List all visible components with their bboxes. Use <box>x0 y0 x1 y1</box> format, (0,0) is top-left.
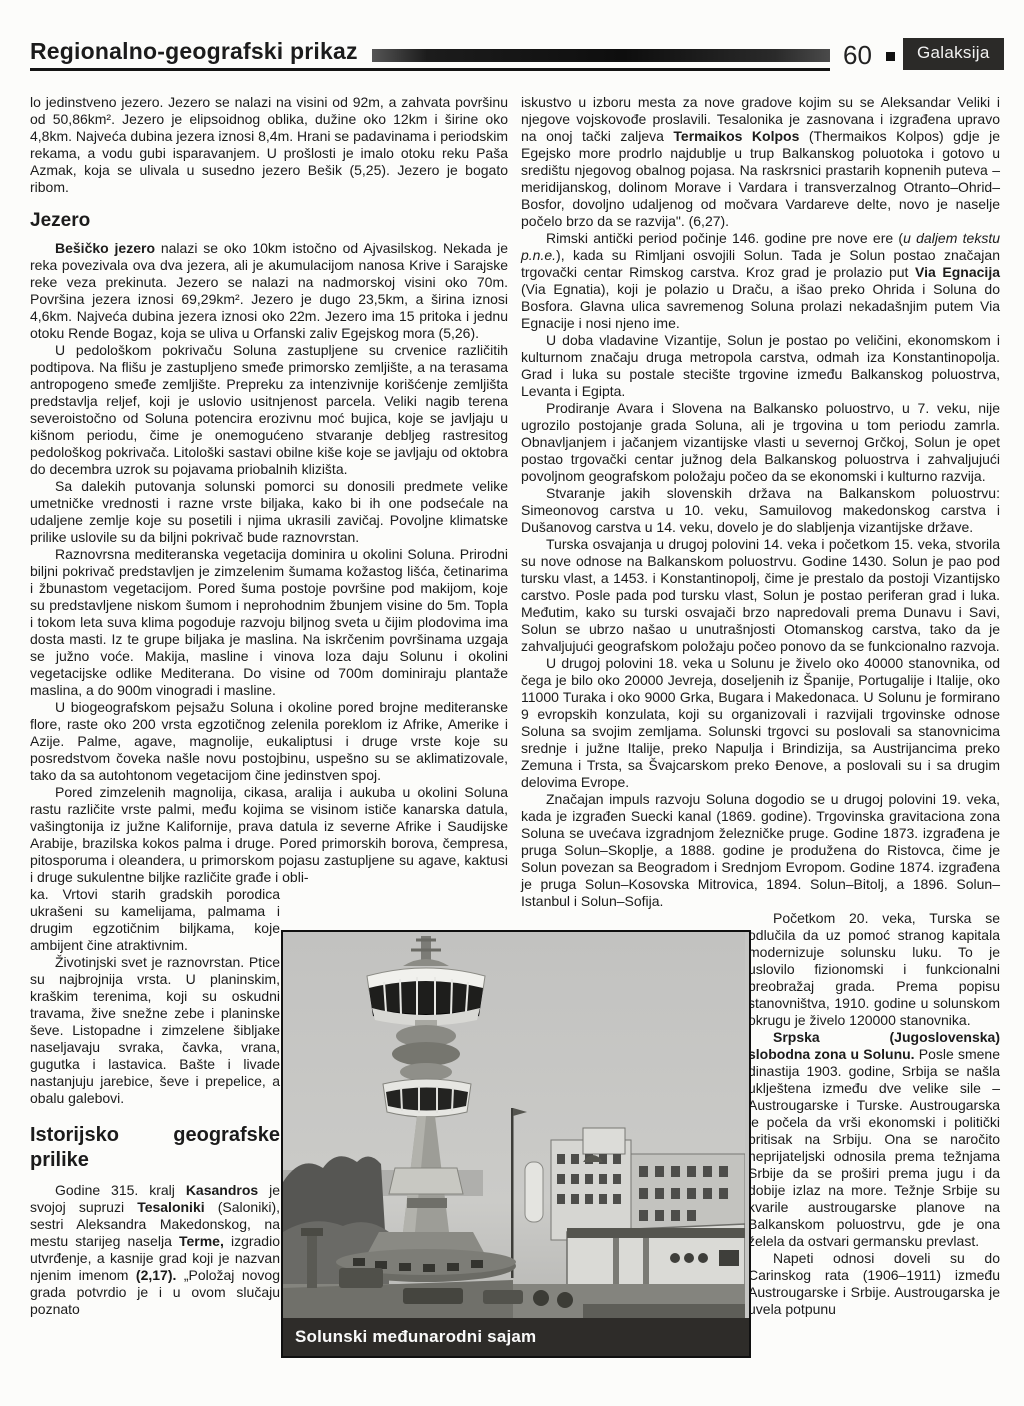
paragraph-besicko-jezero: Bešičko jezero nalazi se oko 10km istočn… <box>30 240 508 342</box>
paragraph-suecki-kanal: Značajan impuls razvoju Soluna dogodio s… <box>521 791 1000 910</box>
page-header: Regionalno-geografski prikaz <box>30 38 830 71</box>
section-title: Regionalno-geografski prikaz <box>30 38 358 65</box>
paragraph-tesalonika-osnivanje: iskustvo u izboru mesta za nove gradove … <box>521 94 1000 230</box>
heading-jezero: Jezero <box>30 210 508 232</box>
text-run: (Via Egnatia), koji je polazio u Draču, … <box>521 281 1000 331</box>
paragraph-zivotinjski: Životinjski svet je raznovrstan. Ptice s… <box>30 954 280 1107</box>
photo-caption: Solunski međunarodni sajam <box>283 1318 749 1356</box>
text-run: Godine 315. kralj <box>55 1182 186 1198</box>
paragraph-pomorci: Sa dalekih putovanja solunski pomorci su… <box>30 478 508 546</box>
bold-tesaloniki: Tesaloniki <box>137 1199 204 1215</box>
bold-terme: Terme, <box>179 1233 224 1249</box>
paragraph-srpska-zona: Srpska (Jugoslovenska) slobodna zona u S… <box>748 1029 1000 1250</box>
bold-termaikos-kolpos: Termaikos Kolpos <box>673 128 799 144</box>
bold-via-egnacija: Via Egnacija <box>915 264 1000 280</box>
bold-reference: (2,17). <box>136 1267 176 1283</box>
left-narrow-section: ka. Vrtovi starih gradskih porodica ukra… <box>30 886 280 1318</box>
square-bullet-icon <box>886 52 895 61</box>
paragraph-pedoloski: U pedološkom pokrivaču Soluna zastupljen… <box>30 342 508 478</box>
right-narrow-section: Početkom 20. veka, Turska se odlučila da… <box>748 910 1000 1318</box>
paragraph-palme-narrow: ka. Vrtovi starih gradskih porodica ukra… <box>30 886 280 954</box>
paragraph-slovenske-drzave: Stvaranje jakih slovenskih država na Bal… <box>521 485 1000 536</box>
paragraph-avari-sloveni: Prodiranje Avara i Slovena na Balkansko … <box>521 400 1000 485</box>
photo-illustration <box>283 932 745 1318</box>
text-run: Rimski antički period počinje 146. godin… <box>546 230 903 246</box>
header-rule-bar <box>372 49 830 62</box>
paragraph-lake-continuation: lo jedinstveno jezero. Jezero se nalazi … <box>30 94 508 196</box>
paragraph-turska-osvajanja: Turska osvajanja u drugoj polovini 14. v… <box>521 536 1000 655</box>
paragraph-rimski-period: Rimski antički period počinje 146. godin… <box>521 230 1000 332</box>
paragraph-18-vek: U drugoj polovini 18. veka u Solunu je ž… <box>521 655 1000 791</box>
flagpole <box>511 1108 514 1278</box>
publication-badge: Galaksija <box>905 40 1002 68</box>
paragraph-palme-wide: Pored zimzelenih magnolija, cikasa, aral… <box>30 784 508 886</box>
bold-besicko-jezero: Bešičko jezero <box>55 240 155 256</box>
paragraph-biogeografski: U biogeografskom pejsažu Soluna i okolin… <box>30 699 508 784</box>
paragraph-vizantija: U doba vladavine Vizantije, Solun je pos… <box>521 332 1000 400</box>
paragraph-kasandros: Godine 315. kralj Kasandros je svojoj su… <box>30 1182 280 1318</box>
paragraph-vegetacija: Raznovrsna mediteranska vegetacija domin… <box>30 546 508 699</box>
bold-kasandros: Kasandros <box>186 1182 258 1198</box>
paragraph-20-vek: Početkom 20. veka, Turska se odlučila da… <box>748 910 1000 1029</box>
fair-tower-photo: Solunski međunarodni sajam <box>281 930 751 1358</box>
text-run: Posle smene dinastija 1903. godine, Srbi… <box>748 1046 1000 1249</box>
magazine-page: Regionalno-geografski prikaz 60 Galaksij… <box>0 0 1024 1406</box>
paragraph-carinski-rat: Napeti odnosi doveli su do Carinskog rat… <box>748 1250 1000 1318</box>
page-number: 60 <box>843 40 872 71</box>
heading-istorijsko: Istorijsko geografske prilike <box>30 1123 280 1173</box>
